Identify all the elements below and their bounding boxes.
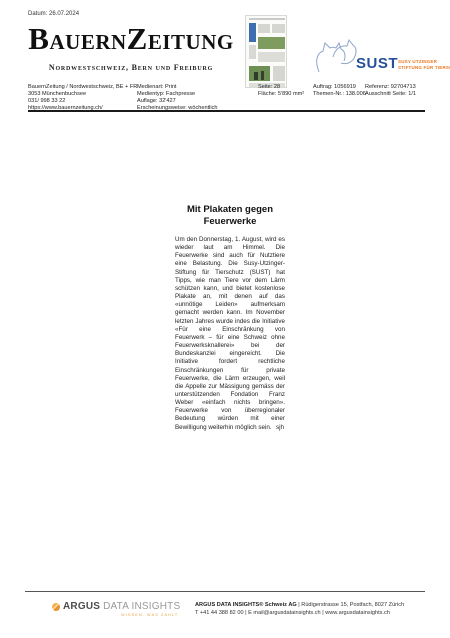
- article-paragraph: Um den Donnerstag, 1. August, wird es wi…: [175, 236, 285, 432]
- date-line: Datum: 26.07.2024: [28, 11, 79, 17]
- thumbnail-header-bar: [249, 18, 285, 20]
- masthead: BAUERNZEITUNG Nordwestschweiz, Bern und …: [28, 22, 234, 72]
- thumbnail-text-block: [249, 45, 256, 59]
- masthead-subtitle: Nordwestschweiz, Bern und Freiburg: [28, 63, 234, 72]
- meta-medienart: Medienart: Print: [137, 84, 218, 91]
- footer-address-line: ARGUS DATA INSIGHTS® Schweiz AG | Rüdige…: [195, 601, 404, 609]
- meta-ref-column: Referenz: 92704713 Ausschnitt Seite: 1/1: [365, 84, 416, 98]
- masthead-title: BAUERNZEITUNG: [28, 22, 234, 62]
- thumbnail-blue-box: [249, 23, 256, 42]
- footer-divider-rule: [25, 591, 425, 592]
- article-headline: Mit Plakaten gegen Feuerwerke: [170, 204, 290, 227]
- meta-auflage: Auflage: 32'427: [137, 98, 218, 105]
- thumbnail-photo-green: [258, 37, 285, 49]
- thumbnail-text-block: [272, 24, 285, 33]
- thumbnail-text-block: [258, 52, 285, 62]
- argus-logo-light: DATA INSIGHTS: [103, 601, 180, 612]
- footer-contact: ARGUS DATA INSIGHTS® Schweiz AG | Rüdige…: [195, 601, 404, 617]
- meta-medientyp: Medientyp: Fachpresse: [137, 91, 218, 98]
- meta-ausschnitt: Ausschnitt Seite: 1/1: [365, 91, 416, 98]
- masthead-letter: B: [28, 21, 49, 56]
- sust-tagline-line2: STIFTUNG FÜR TIERSCHUTZ: [398, 65, 450, 71]
- thumbnail-photo-figure: [254, 72, 258, 80]
- newspaper-thumbnail: [245, 15, 287, 88]
- meta-order-column: Auftrag: 1056919 Themen-Nr.: 138.006: [313, 84, 366, 98]
- article-body: Um den Donnerstag, 1. August, wird es wi…: [175, 236, 285, 432]
- masthead-letters: AUERN: [49, 30, 126, 54]
- sust-animals-illustration: [312, 36, 358, 74]
- masthead-letters: EITUNG: [148, 30, 234, 54]
- meta-flaeche: Fläche: 5'890 mm²: [258, 91, 304, 98]
- meta-source-phone: 031/ 998 33 22: [28, 98, 137, 105]
- meta-source-name: BauernZeitung / Nordwestschweiz, BE + FR: [28, 84, 137, 91]
- footer-phone-line: T +41 44 388 82 00 | E mail@argusdatains…: [195, 609, 404, 617]
- press-clipping-page: Datum: 26.07.2024 BAUERNZEITUNG Nordwest…: [0, 0, 450, 638]
- masthead-letter: Z: [127, 21, 148, 56]
- sust-wordmark: SUST: [356, 55, 398, 72]
- article-headline-line1: Mit Plakaten gegen: [170, 204, 290, 216]
- meta-page-column: Seite: 28 Fläche: 5'890 mm²: [258, 84, 304, 98]
- thumbnail-text-block: [273, 66, 285, 81]
- sust-tagline: SUSY UTZINGER STIFTUNG FÜR TIERSCHUTZ: [398, 59, 450, 70]
- meta-themen-nr: Themen-Nr.: 138.006: [313, 91, 366, 98]
- meta-source-city: 3053 Münchenbuchsee: [28, 91, 137, 98]
- thumbnail-photo-green: [249, 66, 270, 81]
- argus-logo-bold: ARGUS: [63, 601, 100, 612]
- meta-auftrag: Auftrag: 1056919: [313, 84, 366, 91]
- article-headline-line2: Feuerwerke: [170, 216, 290, 228]
- meta-referenz: Referenz: 92704713: [365, 84, 416, 91]
- meta-seite: Seite: 28: [258, 84, 304, 91]
- sust-logo: SUST SUSY UTZINGER STIFTUNG FÜR TIERSCHU…: [312, 36, 437, 80]
- meta-source-column: BauernZeitung / Nordwestschweiz, BE + FR…: [28, 84, 137, 112]
- argus-tagline: WISSEN, WAS ZÄHLT.: [52, 613, 182, 617]
- argus-logo: ARGUS DATA INSIGHTS WISSEN, WAS ZÄHLT.: [52, 601, 182, 617]
- argus-logo-icon: [52, 603, 60, 611]
- header-divider-rule: [28, 110, 425, 112]
- footer-address: | Rüdigerstrasse 15, Postfach, 8027 Züri…: [297, 602, 404, 608]
- thumbnail-text-block: [258, 24, 270, 33]
- thumbnail-photo-figure: [261, 71, 264, 80]
- meta-media-column: Medienart: Print Medientyp: Fachpresse A…: [137, 84, 218, 112]
- footer-company: ARGUS DATA INSIGHTS® Schweiz AG: [195, 602, 297, 608]
